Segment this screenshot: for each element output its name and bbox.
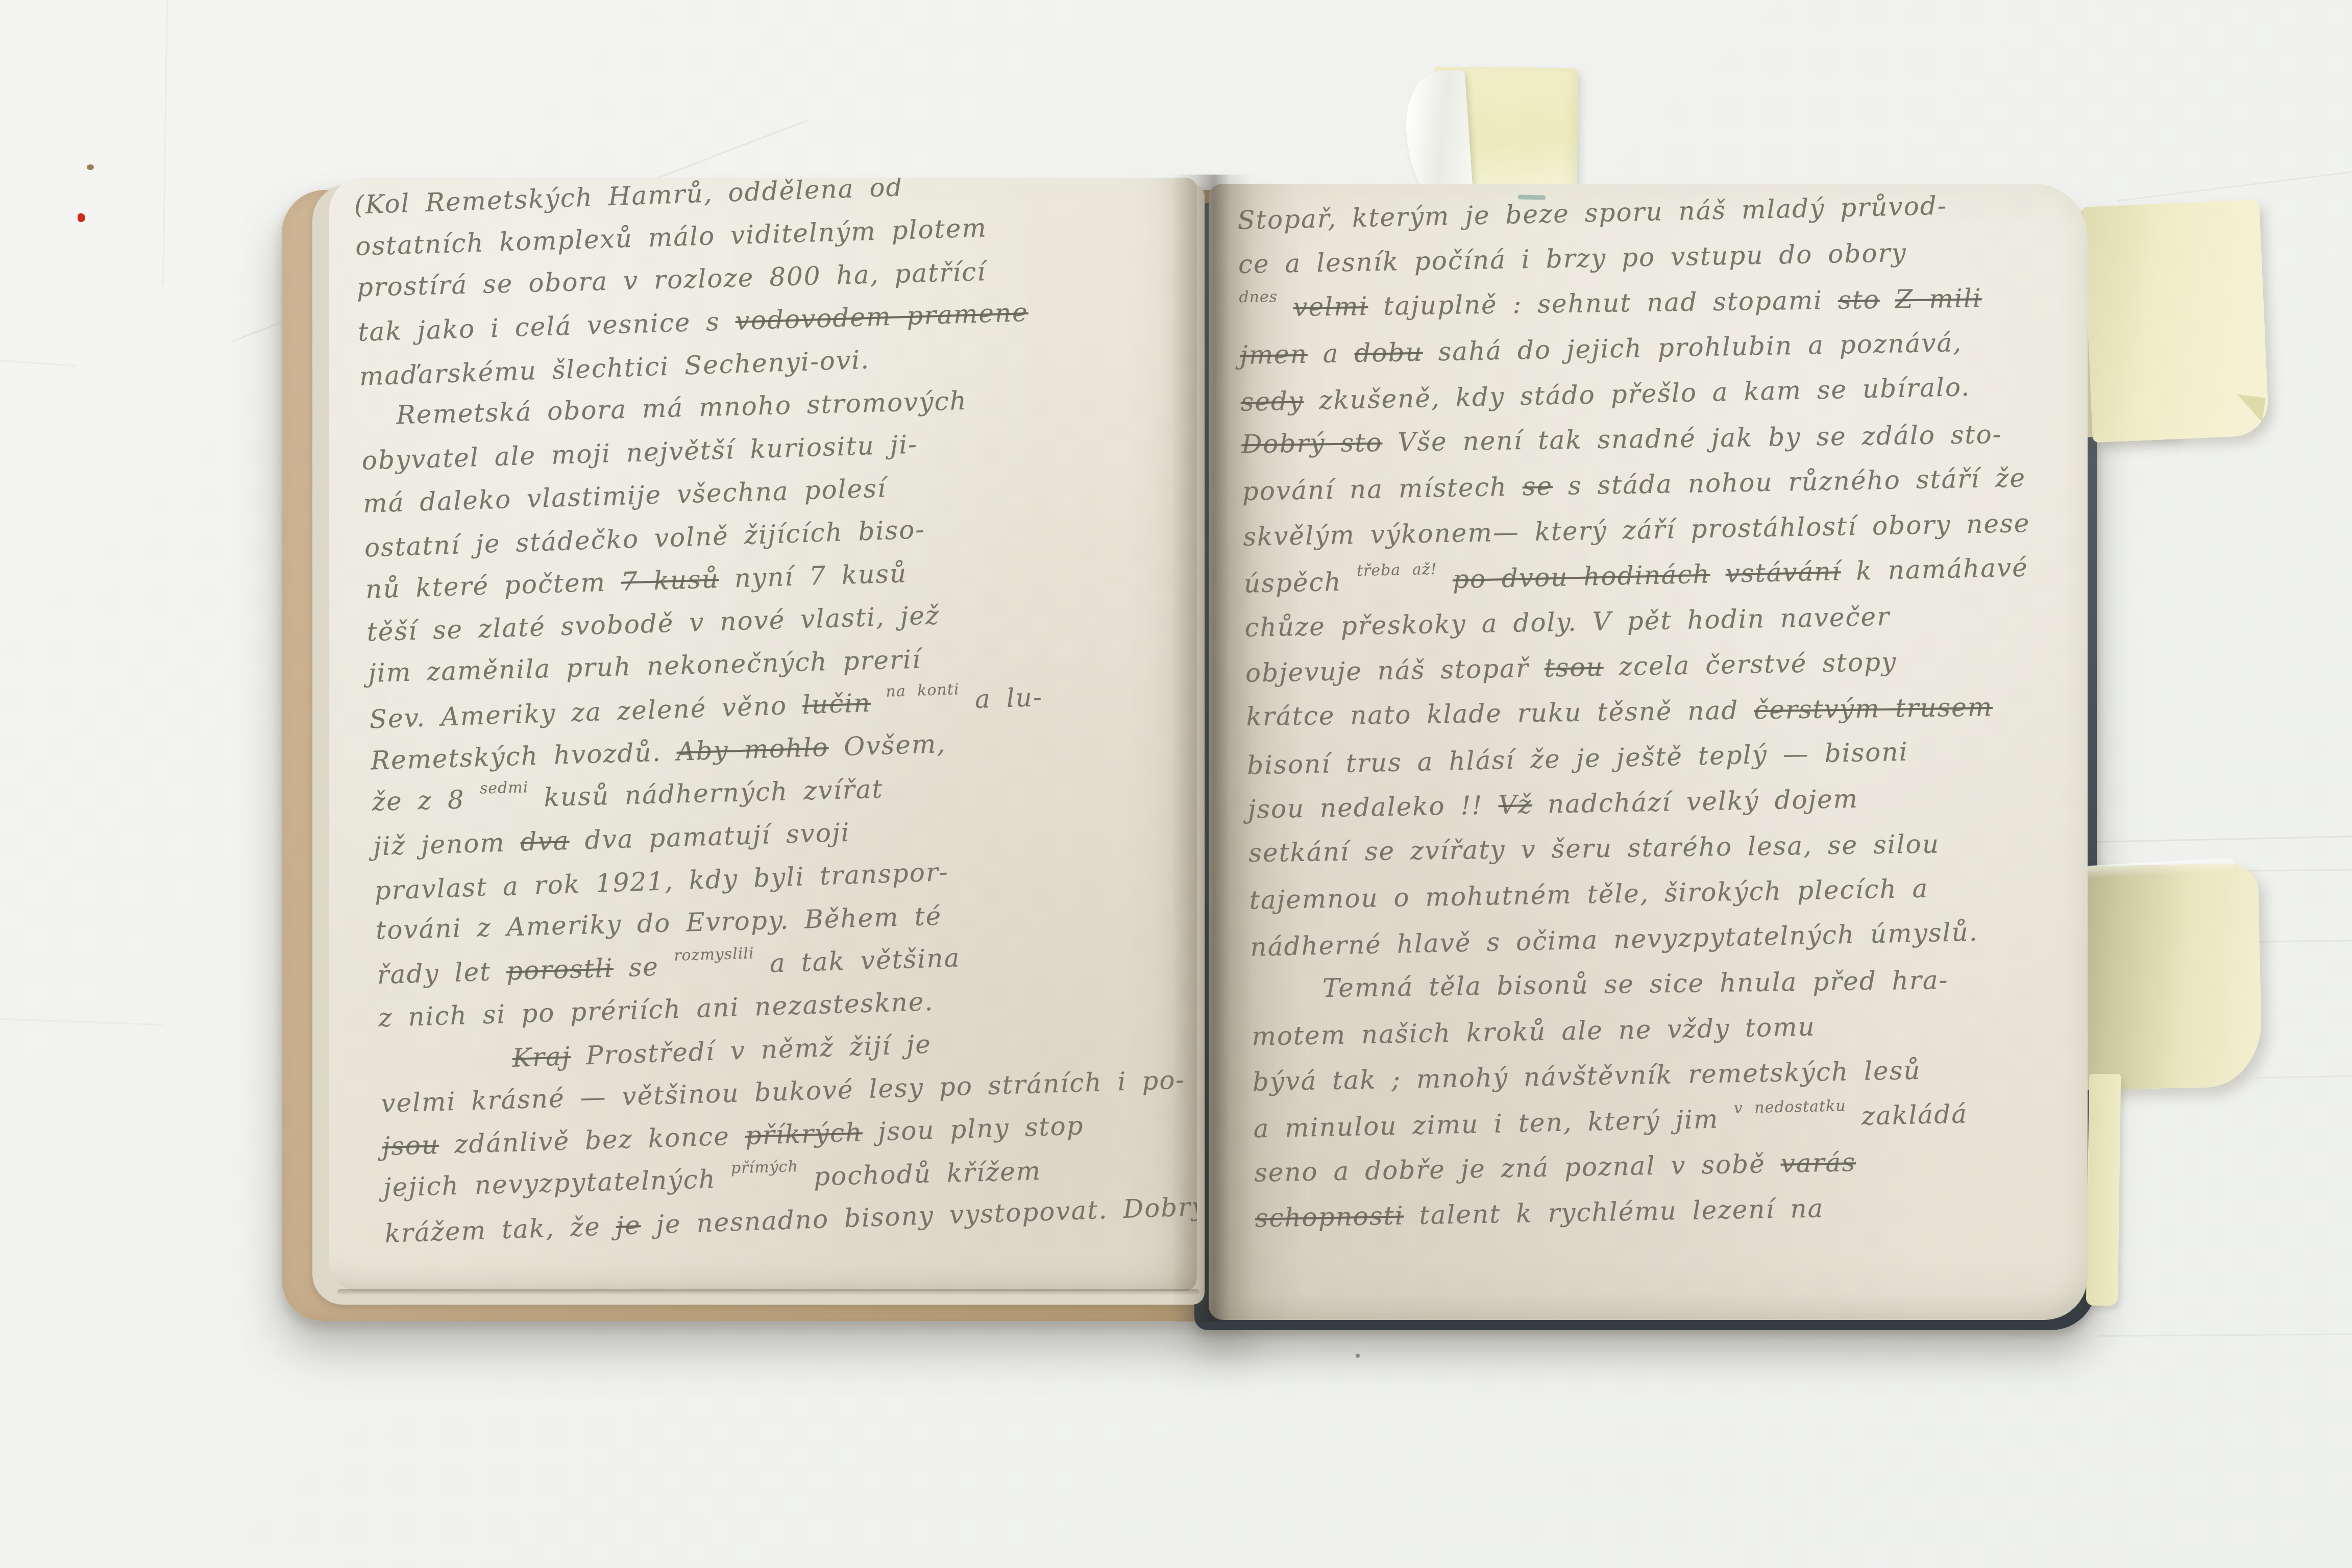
right-page: Stopař, kterým je beze sporu náš mladý p…	[1209, 184, 2088, 1320]
scratch-line	[0, 1018, 163, 1025]
sticky-tab-top-curl	[1402, 69, 1473, 202]
scratch-line	[2098, 1333, 2352, 1337]
dust-speck	[87, 164, 94, 170]
sticky-tab-right-middle	[2076, 863, 2262, 1090]
scratch-line	[162, 0, 168, 286]
scratch-line	[2256, 1075, 2352, 1079]
teal-mark	[1518, 194, 1546, 200]
scratch-line	[2093, 836, 2352, 843]
page-stack-shadow	[337, 1289, 1199, 1295]
dust-speck	[1356, 1354, 1360, 1358]
right-page-text: Stopař, kterým je beze sporu náš mladý p…	[1237, 189, 2088, 1248]
scratch-line	[2117, 171, 2352, 202]
sticky-tab-right-strip	[2086, 1074, 2121, 1306]
left-page-text: (Kol Remetských Hamrů, oddělena odostatn…	[354, 178, 1197, 1260]
red-paint-speck	[78, 213, 85, 222]
left-page: (Kol Remetských Hamrů, oddělena odostatn…	[329, 178, 1197, 1291]
table-surface: (Kol Remetských Hamrů, oddělena odostatn…	[0, 0, 2352, 1568]
sticky-tab-right-upper-front	[2082, 200, 2269, 443]
scratch-line	[0, 360, 77, 366]
